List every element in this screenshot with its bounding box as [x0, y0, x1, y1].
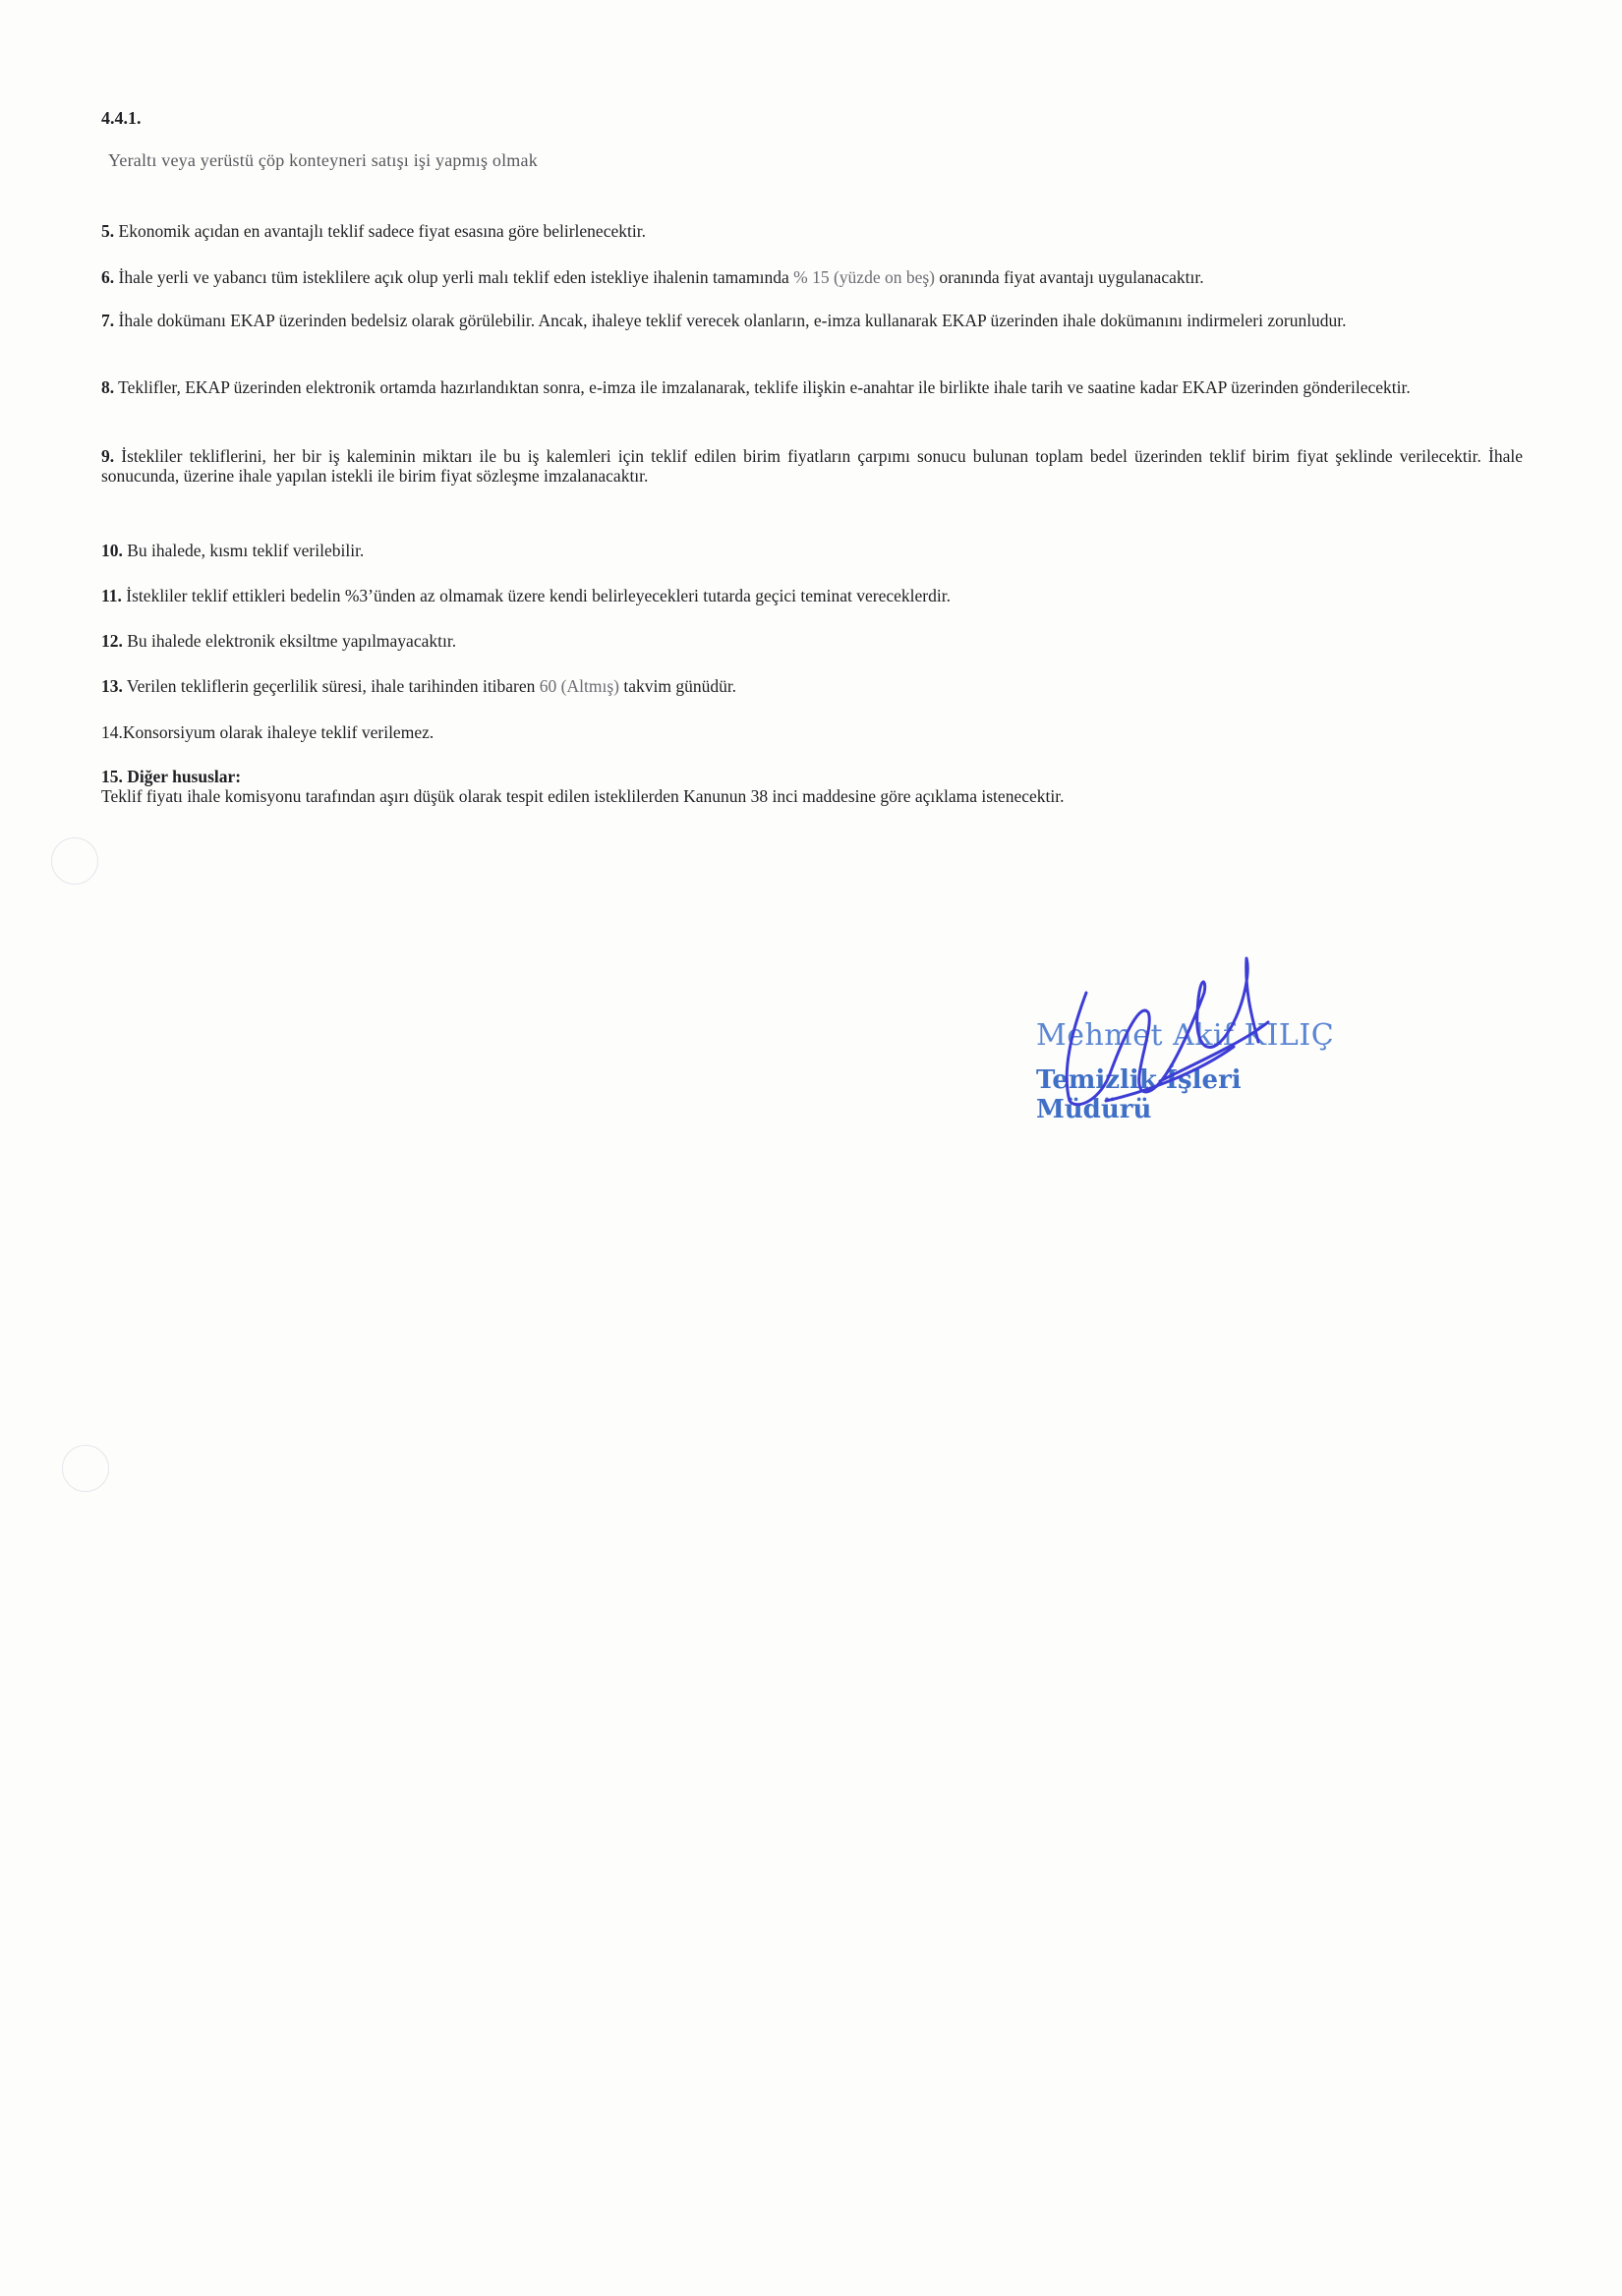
- clause-11: 11. İstekliler teklif ettikleri bedelin …: [101, 586, 1523, 605]
- clause-5: 5. Ekonomik açıdan en avantajlı teklif s…: [101, 221, 1523, 241]
- document-page: 4.4.1. Yeraltı veya yerüstü çöp konteyne…: [0, 0, 1622, 2296]
- clause-6: 6. İhale yerli ve yabancı tüm istekliler…: [101, 267, 1523, 287]
- punch-hole-icon: [51, 837, 98, 885]
- faded-text: 60 (Altmış): [540, 676, 619, 696]
- punch-hole-icon: [62, 1445, 109, 1492]
- section-heading: 4.4.1.: [101, 108, 142, 129]
- section-subtitle: Yeraltı veya yerüstü çöp konteyneri satı…: [108, 150, 538, 171]
- clause-13: 13. Verilen tekliflerin geçerlilik süres…: [101, 676, 1523, 696]
- signature-icon: [1032, 953, 1357, 1120]
- clause-8: 8. Teklifler, EKAP üzerinden elektronik …: [101, 377, 1523, 397]
- clause-15: 15. Diğer hususlar: Teklif fiyatı ihale …: [101, 767, 1523, 806]
- clause-9: 9. İstekliler tekliflerini, her bir iş k…: [101, 446, 1523, 486]
- other-text: Teklif fiyatı ihale komisyonu tarafından…: [101, 786, 1523, 806]
- clause-14: 14.Konsorsiyum olarak ihaleye teklif ver…: [101, 722, 1523, 742]
- clause-10: 10. Bu ihalede, kısmı teklif verilebilir…: [101, 541, 1523, 560]
- clause-12: 12. Bu ihalede elektronik eksiltme yapıl…: [101, 631, 1523, 651]
- clause-7: 7. İhale dokümanı EKAP üzerinden bedelsi…: [101, 311, 1523, 330]
- faded-text: % 15 (yüzde on beş): [793, 267, 935, 287]
- other-title: 15. Diğer hususlar:: [101, 767, 1523, 786]
